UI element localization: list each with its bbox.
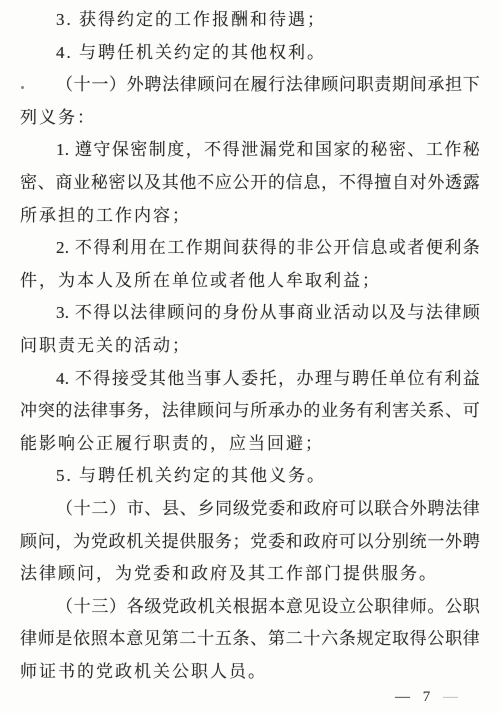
text-line: （十二）市、县、乡同级党委和政府可以联合外聘法律 bbox=[20, 493, 480, 526]
page-number-dash-right: — bbox=[443, 689, 458, 706]
text-line: 能影响公正履行职责的，应当回避； bbox=[20, 428, 480, 461]
page-footer: — 7 — bbox=[395, 689, 458, 706]
page-number-dash-left: — bbox=[395, 689, 410, 706]
text-line: 列义务： bbox=[20, 102, 480, 135]
document-body: 3. 获得约定的工作报酬和待遇；4. 与聘任机关约定的其他权利。（十一）外聘法律… bbox=[20, 4, 480, 688]
text-line: 冲突的法律事务，法律顾问与所承办的业务有利害关系、可 bbox=[20, 395, 480, 428]
text-line: 密、商业秘密以及其他不应公开的信息，不得擅自对外透露 bbox=[20, 167, 480, 200]
text-line: 3. 不得以法律顾问的身份从事商业活动以及与法律顾 bbox=[20, 297, 480, 330]
text-line: 4. 不得接受其他当事人委托，办理与聘任单位有利益 bbox=[20, 363, 480, 396]
text-line: （十一）外聘法律顾问在履行法律顾问职责期间承担下 bbox=[20, 69, 480, 102]
scan-artifact-dot bbox=[21, 86, 24, 89]
text-line: 5. 与聘任机关约定的其他义务。 bbox=[20, 460, 480, 493]
text-line: 1. 遵守保密制度，不得泄漏党和国家的秘密、工作秘 bbox=[20, 134, 480, 167]
text-line: 2. 不得利用在工作期间获得的非公开信息或者便利条 bbox=[20, 232, 480, 265]
scanned-document-page: 3. 获得约定的工作报酬和待遇；4. 与聘任机关约定的其他权利。（十一）外聘法律… bbox=[0, 0, 500, 713]
text-line: 法律顾问，为党委和政府及其工作部门提供服务。 bbox=[20, 558, 480, 591]
text-line: 3. 获得约定的工作报酬和待遇； bbox=[20, 4, 480, 37]
text-line: 件，为本人及所在单位或者他人牟取利益； bbox=[20, 265, 480, 298]
text-line: 问职责无关的活动； bbox=[20, 330, 480, 363]
text-line: 师证书的党政机关公职人员。 bbox=[20, 656, 480, 689]
text-line: 4. 与聘任机关约定的其他权利。 bbox=[20, 37, 480, 70]
text-line: 律师是依照本意见第二十五条、第二十六条规定取得公职律 bbox=[20, 623, 480, 656]
text-line: （十三）各级党政机关根据本意见设立公职律师。公职 bbox=[20, 591, 480, 624]
page-number-value: 7 bbox=[423, 689, 431, 706]
text-line: 顾问，为党政机关提供服务；党委和政府可以分别统一外聘 bbox=[20, 526, 480, 559]
text-line: 所承担的工作内容； bbox=[20, 200, 480, 233]
